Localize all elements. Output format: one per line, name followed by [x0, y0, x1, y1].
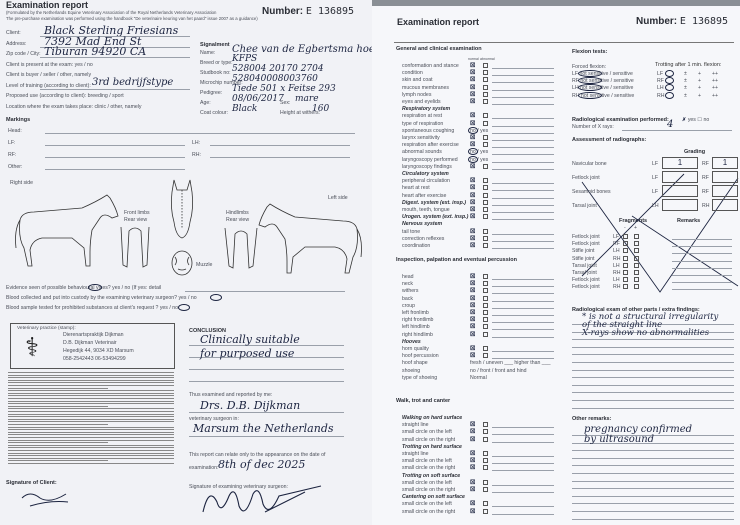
underline — [492, 351, 554, 352]
normal-checkbox[interactable]: ☒ — [470, 134, 475, 141]
abnormal-checkbox[interactable] — [483, 214, 488, 219]
abnormal-checkbox[interactable] — [483, 135, 488, 140]
client-field-value: 3rd bedrijfstype — [92, 77, 173, 88]
answer-circle — [665, 77, 674, 84]
underline — [492, 190, 554, 191]
text-value[interactable]: Normal — [470, 375, 487, 381]
exam-item-label: right hindlimb — [402, 332, 433, 338]
exam-item-label: left fronlimb — [402, 310, 429, 316]
abnormal-checkbox[interactable] — [483, 303, 488, 308]
underline — [492, 241, 554, 242]
abnormal-checkbox[interactable] — [483, 451, 488, 456]
underline — [672, 246, 732, 247]
grade-option[interactable]: + — [698, 93, 701, 99]
radiological-choice[interactable]: ✗ yes ☐ no — [682, 117, 709, 123]
horse-right-side-drawing — [12, 190, 122, 270]
trotting-after-label: Trotting after 1 min. flexion: — [655, 62, 721, 68]
signalment-label: Age: — [200, 100, 211, 106]
underline — [572, 503, 734, 504]
exam-item-label: larynx sensitivity — [402, 135, 440, 141]
inspection-title: Inspection, palpation and eventual percu… — [396, 257, 517, 263]
page-title: Examination report — [397, 17, 479, 27]
normal-checkbox[interactable]: ☒ — [470, 84, 475, 91]
marking-label: RF: — [8, 152, 16, 158]
normal-checkbox[interactable]: ☒ — [470, 436, 475, 443]
fine-print-line — [8, 450, 174, 451]
marking-label: RH: — [192, 152, 201, 158]
text-value[interactable]: no / front / front and hind — [470, 368, 527, 374]
abnormal-checkbox[interactable] — [483, 185, 488, 190]
underline — [492, 329, 554, 330]
normal-checkbox[interactable]: ☒ — [470, 184, 475, 191]
leg-label: RH — [613, 284, 621, 290]
grade-box[interactable] — [662, 171, 698, 183]
underline — [492, 75, 554, 76]
normal-checkbox[interactable]: ☒ — [470, 345, 475, 352]
signalment-label: Coat colour: — [200, 110, 228, 116]
exam-item-label: heart after exercise — [402, 193, 446, 199]
fine-print-line — [8, 385, 174, 386]
underline — [492, 492, 554, 493]
normal-checkbox[interactable]: ☒ — [470, 76, 475, 83]
caduceus-icon: ⚕ — [25, 332, 39, 362]
page-title: Examination report — [6, 0, 88, 10]
normal-checkbox[interactable]: ☒ — [470, 120, 475, 127]
abnormal-checkbox[interactable] — [483, 142, 488, 147]
abnormal-checkbox[interactable] — [483, 99, 488, 104]
general-exam-title: General and clinical examination — [396, 46, 482, 52]
underline — [45, 133, 355, 134]
fine-print-line — [8, 377, 174, 378]
underline — [492, 337, 554, 338]
hind-limbs-label: Hindlimbs — [226, 210, 249, 216]
underline — [492, 198, 554, 199]
abnormal-checkbox[interactable] — [483, 317, 488, 322]
fragment-plus-checkbox[interactable] — [634, 277, 639, 282]
normal-checkbox[interactable]: ☒ — [470, 479, 475, 486]
fine-print-line — [8, 427, 174, 428]
fine-print-line — [8, 437, 174, 438]
exam-item-label: shoeing — [402, 368, 420, 374]
fragment-label: Fetlock joint — [572, 241, 600, 247]
underline — [492, 470, 554, 471]
normal-checkbox[interactable]: ☒ — [470, 457, 475, 464]
fragment-minus-checkbox[interactable] — [623, 270, 628, 275]
normal-checkbox[interactable]: ☒ — [470, 450, 475, 457]
exam-item-label: type of respiration — [402, 121, 443, 127]
normal-checkbox[interactable]: ☒ — [470, 242, 475, 249]
normal-checkbox[interactable]: ☒ — [470, 199, 475, 206]
answer-circle — [178, 304, 190, 311]
underline — [492, 301, 554, 302]
fragment-minus-checkbox[interactable] — [623, 277, 628, 282]
answer-circle — [578, 70, 602, 77]
abnormal-checkbox[interactable] — [483, 200, 488, 205]
xrays-label: Number of X rays: — [572, 124, 614, 130]
abnormal-checkbox[interactable] — [483, 193, 488, 198]
grade-box[interactable] — [712, 199, 738, 211]
grade-option[interactable]: ± — [684, 71, 687, 77]
fragment-minus-checkbox[interactable] — [623, 234, 628, 239]
underline — [572, 400, 734, 401]
abnormal-checkbox[interactable] — [483, 77, 488, 82]
underline — [572, 370, 734, 371]
signalment-value: 528004 20170 2704 — [232, 64, 324, 74]
answer-circle — [468, 156, 478, 163]
abnormal-checkbox[interactable] — [483, 164, 488, 169]
normal-checkbox[interactable]: ☒ — [470, 352, 475, 359]
vet-name: Drs. D.B. Dijkman — [200, 399, 300, 412]
leg-label: RH — [613, 256, 621, 262]
grade-option[interactable]: + — [698, 85, 701, 91]
grading-label: Grading — [684, 149, 705, 155]
underline — [40, 57, 190, 58]
underline — [492, 308, 554, 309]
underline — [492, 442, 554, 443]
client-signature-label: Signature of Client: — [6, 480, 57, 486]
underline — [492, 293, 554, 294]
signalment-label: Breed or type: — [200, 60, 233, 66]
normal-checkbox[interactable]: ☒ — [470, 62, 475, 69]
grade-option[interactable]: ++ — [712, 78, 718, 84]
exam-item-label: Circulatory system — [402, 171, 449, 177]
underline — [45, 169, 185, 170]
exam-item-label: Hooves — [402, 339, 421, 345]
fragment-plus-checkbox[interactable] — [634, 284, 639, 289]
underline — [492, 315, 554, 316]
underline — [572, 347, 734, 348]
answer-circle — [88, 284, 102, 291]
radiograph-label: Tarsal joint — [572, 203, 597, 209]
underline — [572, 354, 734, 355]
flexion-leg: LF — [657, 71, 663, 77]
fragment-minus-checkbox[interactable] — [623, 248, 628, 253]
exam-item-label: neck — [402, 281, 413, 287]
underline — [672, 239, 732, 240]
grade-box[interactable] — [712, 171, 738, 183]
abnormal-checkbox[interactable] — [483, 353, 488, 358]
exam-item-label: hoof percussion — [402, 353, 439, 359]
normal-checkbox[interactable]: ☒ — [470, 323, 475, 330]
leg-label: RF — [613, 241, 620, 247]
underline — [492, 219, 554, 220]
abnormal-checkbox[interactable] — [483, 229, 488, 234]
exam-item-label: hoof shape — [402, 360, 428, 366]
abnormal-checkbox[interactable] — [483, 310, 488, 315]
exam-item-label: Digest. system (ext. insp.) — [402, 200, 466, 206]
underline — [492, 118, 554, 119]
exam-item-label: conformation and stance — [402, 63, 459, 69]
assessment-title: Assessment of radiographs: — [572, 137, 646, 143]
normal-checkbox[interactable]: ☒ — [470, 112, 475, 119]
normal-checkbox[interactable]: ☒ — [470, 331, 475, 338]
exam-item-label: Walking on hard surface — [402, 415, 462, 421]
underline — [672, 268, 732, 269]
exam-item-label: Cantering on soft surface — [402, 494, 465, 500]
exam-item-label: heart at rest — [402, 185, 430, 191]
radiograph-label: Fetlock joint — [572, 175, 600, 181]
underline — [572, 339, 734, 340]
underline — [492, 248, 554, 249]
answer-circle — [578, 92, 602, 99]
exam-item-label: Trotting on hard surface — [402, 444, 462, 450]
fragment-plus-checkbox[interactable] — [634, 263, 639, 268]
normal-checkbox[interactable]: ☒ — [470, 91, 475, 98]
fine-print-line — [8, 414, 174, 415]
normal-checkbox[interactable]: ☒ — [470, 141, 475, 148]
fragment-minus-checkbox[interactable] — [623, 263, 628, 268]
signalment-label: Name: — [200, 50, 215, 56]
signalment-value: 08/06/2017 — [232, 94, 284, 104]
left-page: Examination report (Formulated by the Ne… — [0, 0, 372, 525]
leg-label: LH — [613, 263, 620, 269]
grade-box[interactable] — [712, 185, 738, 197]
abnormal-checkbox[interactable] — [483, 296, 488, 301]
grade-option[interactable]: ++ — [712, 71, 718, 77]
exam-item-label: correction reflexes — [402, 236, 444, 242]
abnormal-checkbox[interactable] — [483, 70, 488, 75]
underline — [492, 434, 554, 435]
fragment-plus-checkbox[interactable] — [634, 248, 639, 253]
normal-checkbox[interactable]: ☒ — [470, 428, 475, 435]
normal-checkbox[interactable]: ☒ — [470, 508, 475, 515]
abnormal-checkbox[interactable] — [483, 501, 488, 506]
abnormal-checkbox[interactable] — [483, 274, 488, 279]
leg-label: LF — [652, 189, 658, 195]
grade-box[interactable]: 1 — [662, 157, 698, 169]
fragment-label: Fetlock joint — [572, 277, 600, 283]
exam-item-label: lymph nodes — [402, 92, 431, 98]
normal-checkbox[interactable]: ☒ — [470, 302, 475, 309]
grade-box[interactable] — [662, 185, 698, 197]
grade-option[interactable]: ± — [684, 93, 687, 99]
normal-checkbox[interactable]: ☒ — [470, 192, 475, 199]
underline — [492, 514, 554, 515]
exam-item-label: abnormal sounds — [402, 149, 442, 155]
abnormal-checkbox[interactable] — [483, 346, 488, 351]
exam-item-label: croup — [402, 303, 415, 309]
underline — [40, 89, 190, 90]
exam-item-label: small circle on the right — [402, 509, 455, 515]
underline — [492, 463, 554, 464]
marking-label: LF: — [8, 140, 16, 146]
underline — [492, 126, 554, 127]
underline — [572, 519, 734, 520]
client-field-label: Proposed use (according to client): bree… — [6, 93, 124, 99]
fine-print-line — [8, 440, 174, 441]
signalment-value: Black — [232, 104, 257, 114]
underline — [572, 377, 734, 378]
underline — [572, 385, 734, 386]
normal-checkbox[interactable]: ☒ — [470, 69, 475, 76]
exam-item-label: straight line — [402, 451, 429, 457]
abnormal-checkbox[interactable] — [483, 207, 488, 212]
normal-checkbox[interactable]: ☒ — [470, 206, 475, 213]
signalment-label: Sex: — [280, 100, 290, 106]
signalment-title: Signalment — [200, 42, 230, 48]
normal-checkbox[interactable]: ☒ — [470, 316, 475, 323]
flexion-title: Flexion tests: — [572, 49, 607, 55]
fragment-minus-checkbox[interactable] — [623, 256, 628, 261]
underline — [672, 261, 732, 262]
normal-checkbox[interactable]: ☒ — [470, 228, 475, 235]
exam-item-label: peripheral circulation — [402, 178, 450, 184]
underline — [492, 506, 554, 507]
other-parts-text: X-rays show no abnormalities — [582, 328, 709, 338]
underline — [672, 289, 732, 290]
abnormal-checkbox[interactable] — [483, 63, 488, 68]
underline — [492, 205, 554, 206]
abnormal-checkbox[interactable] — [483, 85, 488, 90]
client-field-label: Zip code / City: — [6, 51, 41, 57]
fine-print-line — [8, 419, 174, 420]
exam-item-label: horn quality — [402, 346, 429, 352]
underline — [572, 362, 734, 363]
underline — [572, 481, 734, 482]
fragment-plus-checkbox[interactable] — [634, 241, 639, 246]
abnormal-checkbox[interactable] — [483, 437, 488, 442]
grade-option[interactable]: ± — [684, 85, 687, 91]
normal-checkbox[interactable]: ☒ — [470, 235, 475, 242]
leg-label: LH — [613, 248, 620, 254]
grade-option[interactable]: ± — [684, 78, 687, 84]
fragment-plus-checkbox[interactable] — [634, 256, 639, 261]
abnormal-checkbox[interactable] — [483, 236, 488, 241]
exam-item-label: condition — [402, 70, 423, 76]
abnormal-checkbox[interactable] — [483, 281, 488, 286]
underline — [492, 279, 554, 280]
underline — [492, 322, 554, 323]
grade-option[interactable]: + — [698, 71, 701, 77]
radiograph-label: Sesamoid bones — [572, 189, 611, 195]
abnormal-checkbox[interactable] — [483, 480, 488, 485]
fine-print-line — [8, 375, 174, 376]
xrays-value: 4 — [667, 119, 673, 130]
fine-print-line — [8, 393, 174, 394]
abnormal-checkbox[interactable] — [483, 509, 488, 514]
fragment-minus-checkbox[interactable] — [623, 241, 628, 246]
abnormal-checkbox[interactable] — [483, 121, 488, 126]
underline — [492, 286, 554, 287]
fragment-label: Fetlock joint — [572, 234, 600, 240]
normal-checkbox[interactable]: ☒ — [470, 295, 475, 302]
terms-fine-print — [8, 372, 176, 468]
fine-print-line — [8, 455, 174, 456]
grade-box[interactable]: 1 — [712, 157, 738, 169]
normal-checkbox[interactable]: ☒ — [470, 500, 475, 507]
exam-item-label: tail tone — [402, 229, 420, 235]
client-field-label: Client is buyer / seller / other, namely — [6, 72, 91, 78]
abnormal-checkbox[interactable] — [483, 324, 488, 329]
abnormal-checkbox[interactable] — [483, 487, 488, 492]
walk-title: Walk, trot and canter — [396, 398, 450, 404]
markings-title: Markings — [6, 117, 30, 123]
normal-checkbox[interactable]: ☒ — [470, 273, 475, 280]
underline — [210, 157, 350, 158]
abnormal-checkbox[interactable] — [483, 113, 488, 118]
normal-checkbox[interactable]: ☒ — [470, 309, 475, 316]
underline — [572, 488, 734, 489]
answer-circle — [665, 70, 674, 77]
abnormal-checkbox[interactable] — [483, 92, 488, 97]
hind-limbs-drawing — [223, 228, 259, 270]
fragment-plus-checkbox[interactable] — [634, 234, 639, 239]
fine-print-line — [8, 460, 108, 461]
normal-checkbox[interactable]: ☒ — [470, 213, 475, 220]
abnormal-checkbox[interactable] — [483, 429, 488, 434]
report-number: Number: E 136895 — [636, 16, 728, 27]
grade-option[interactable]: ++ — [712, 93, 718, 99]
underline — [572, 458, 734, 459]
fine-print-line — [8, 408, 174, 409]
exam-item-label: withers — [402, 288, 418, 294]
abnormal-checkbox[interactable] — [483, 178, 488, 183]
grade-option[interactable]: ++ — [712, 85, 718, 91]
horse-head-drawing — [168, 178, 196, 240]
abnormal-checkbox[interactable] — [483, 332, 488, 337]
flexion-leg: RF — [657, 78, 664, 84]
normal-checkbox[interactable]: ☒ — [470, 280, 475, 287]
normal-checkbox[interactable]: ☒ — [470, 177, 475, 184]
leg-label: RF — [702, 189, 709, 195]
underline — [492, 358, 554, 359]
abnormal-checkbox[interactable] — [483, 422, 488, 427]
normal-checkbox[interactable]: ☒ — [470, 98, 475, 105]
fine-print-line — [8, 453, 174, 454]
right-side-label: Right side — [10, 180, 33, 186]
abnormal-checkbox[interactable] — [483, 288, 488, 293]
underline — [492, 147, 554, 148]
exam-item-label: coordination — [402, 243, 430, 249]
muzzle-drawing — [170, 249, 194, 277]
rear-view-label: Rear view — [226, 217, 249, 223]
exam-item-label: Trotting on soft surface — [402, 473, 460, 479]
radiograph-label: Navicular bone — [572, 161, 607, 167]
underline — [492, 82, 554, 83]
vet-signature — [195, 482, 325, 522]
normal-checkbox[interactable]: ☒ — [470, 464, 475, 471]
normal-checkbox[interactable]: ☒ — [470, 163, 475, 170]
abnormal-checkbox[interactable] — [483, 458, 488, 463]
exam-item-label: small circle on the left — [402, 429, 452, 435]
underline — [492, 427, 554, 428]
client-signature — [20, 488, 70, 510]
normal-checkbox[interactable]: ☒ — [470, 287, 475, 294]
text-value[interactable]: fresh / uneven ___ higher than ___ — [470, 360, 550, 366]
client-field-label: Address: — [6, 41, 26, 47]
other-remarks-text: by ultrasound — [584, 434, 654, 445]
abnormal-checkbox[interactable] — [483, 243, 488, 248]
fine-print-line — [8, 447, 174, 448]
normal-checkbox[interactable]: ☒ — [470, 486, 475, 493]
underline — [672, 275, 732, 276]
fragment-plus-checkbox[interactable] — [634, 270, 639, 275]
underline — [45, 157, 185, 158]
underline — [492, 234, 554, 235]
underline — [45, 145, 185, 146]
examined-by-label: Thus examined and reported by me: — [189, 392, 272, 398]
underline — [492, 68, 554, 69]
grade-box[interactable] — [662, 199, 698, 211]
grade-option[interactable]: + — [698, 78, 701, 84]
normal-checkbox[interactable]: ☒ — [470, 421, 475, 428]
right-page: Examination report Number: E 136895 Gene… — [372, 6, 740, 525]
fragment-minus-checkbox[interactable] — [623, 284, 628, 289]
exam-item-label: small circle on the right — [402, 487, 455, 493]
abnormal-checkbox[interactable] — [483, 465, 488, 470]
underline — [492, 169, 554, 170]
fine-print-line — [8, 395, 174, 396]
